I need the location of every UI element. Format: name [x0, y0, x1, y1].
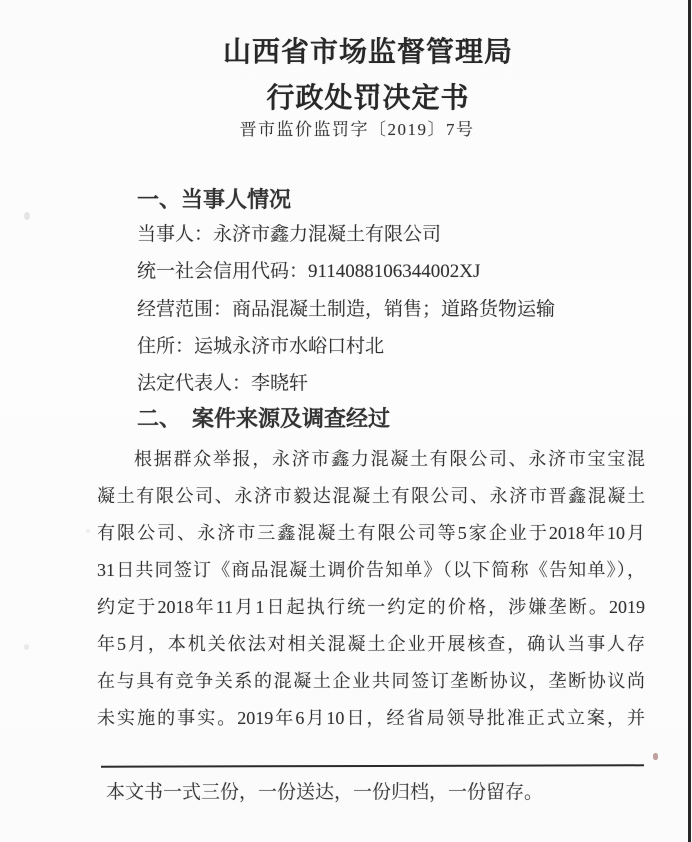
credit-code-line: 统一社会信用代码：9114088106344002XJ [137, 256, 480, 283]
scan-edge-line [688, 0, 691, 842]
address-line: 住所：运城永济市水峪口村北 [137, 331, 384, 358]
doc-number: 晋市监价监罚字〔2019〕7号 [20, 115, 692, 140]
scan-speck [86, 529, 90, 533]
case-paragraph-line: 在与具有竞争关系的混凝土企业共同签订垄断协议，垄断协议尚 [97, 665, 645, 699]
party-name-line: 当事人：永济市鑫力混凝土有限公司 [137, 219, 441, 246]
scan-speck [24, 212, 30, 220]
case-paragraph-line: 未实施的事实。2019年6月10日，经省局领导批准正式立案，并 [97, 702, 645, 736]
case-paragraph-line: 凝土有限公司、永济市毅达混凝土有限公司、永济市晋鑫混凝土 [97, 480, 645, 514]
doc-title-agency: 山西省市场监督管理局 [44, 30, 692, 70]
case-paragraph-line: 31日共同签订《商品混凝土调价告知单》（以下简称《告知单》）， [97, 554, 645, 588]
section1-heading: 一、当事人情况 [137, 183, 291, 214]
section2-heading: 二、 案件来源及调查经过 [137, 402, 390, 433]
business-scope-line: 经营范围：商品混凝土制造，销售；道路货物运输 [137, 294, 555, 321]
case-paragraph-line: 约定于2018年11月1日起执行统一约定的价格，涉嫌垄断。2019 [97, 591, 645, 625]
legal-representative-line: 法定代表人：李晓轩 [137, 368, 308, 395]
footer-distribution-note: 本文书一式三份，一份送达，一份归档，一份留存。 [106, 777, 543, 804]
case-paragraph-line: 根据群众举报，永济市鑫力混凝土有限公司、永济市宝宝混 [97, 443, 645, 477]
case-paragraph-line: 年5月，本机关依法对相关混凝土企业开展核查，确认当事人存 [97, 628, 645, 662]
footer-divider [101, 764, 644, 767]
scan-speck [24, 644, 29, 650]
scan-speck [653, 753, 658, 760]
case-paragraph-line: 有限公司、永济市三鑫混凝土有限公司等5家企业于2018年10月 [97, 517, 645, 551]
doc-title-type: 行政处罚决定书 [44, 76, 692, 116]
scanned-penalty-decision-page: 山西省市场监督管理局 行政处罚决定书 晋市监价监罚字〔2019〕7号 一、当事人… [0, 0, 692, 842]
